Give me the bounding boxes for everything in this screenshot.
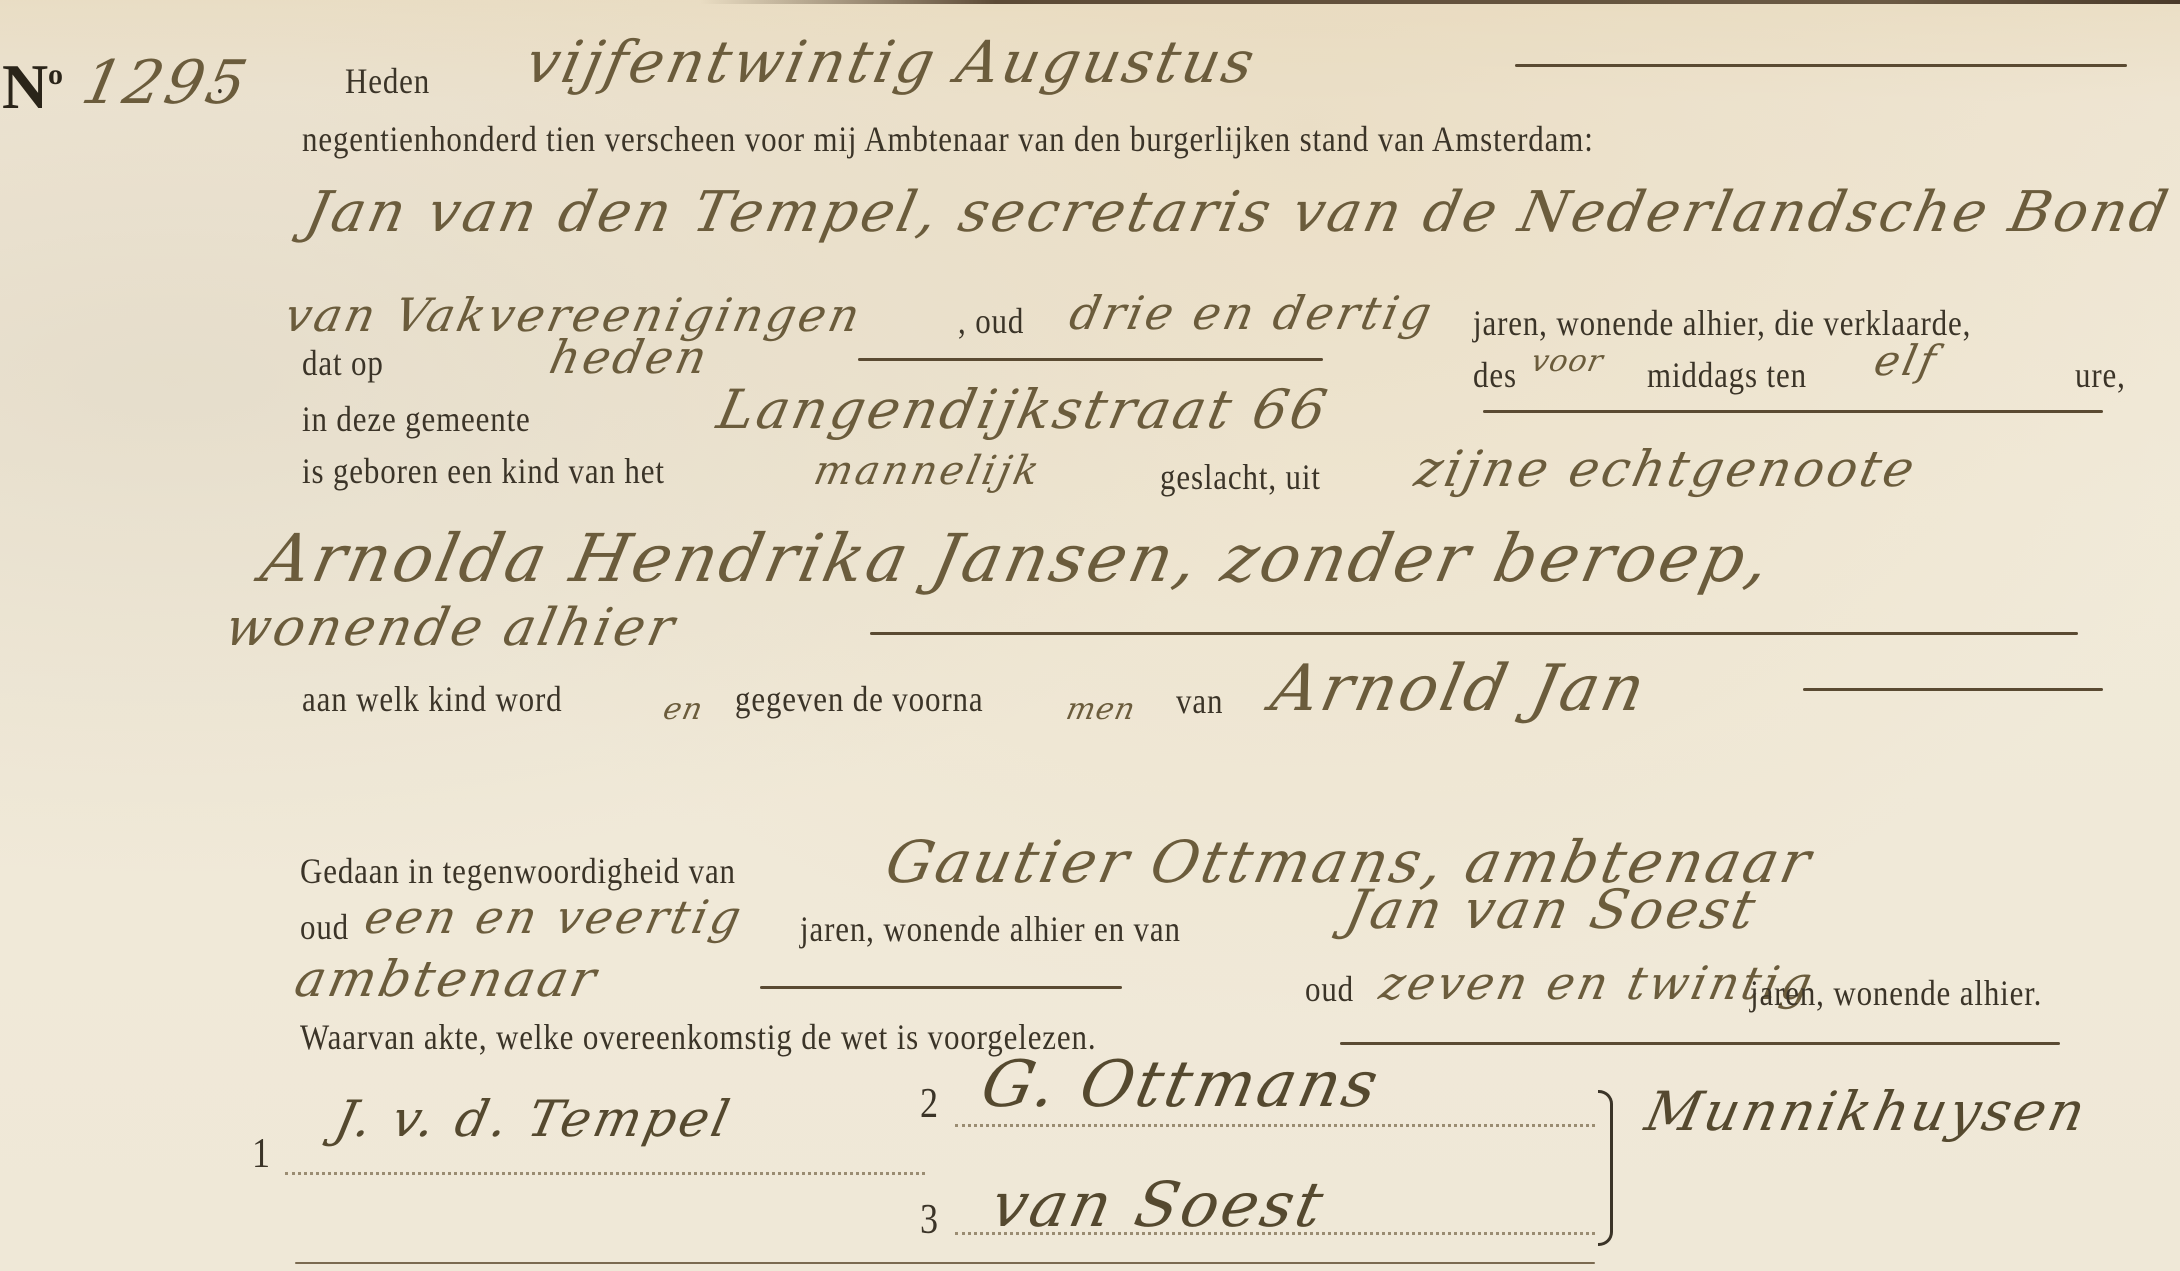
- preamble-text: negentienhonderd tien verscheen voor mij…: [302, 118, 1594, 160]
- middags-label: middags ten: [1647, 354, 1807, 396]
- signature-number-1: 1: [252, 1130, 271, 1178]
- fill-rule: [1803, 688, 2103, 691]
- witness2-name: Jan van Soest: [1340, 878, 1764, 941]
- signature-number-2: 2: [920, 1080, 939, 1128]
- date-handwritten: vijfentwintig Augustus: [520, 28, 1263, 96]
- declarant-age: drie en dertig: [1065, 286, 1439, 340]
- witness-residence: jaren, wonende alhier en van: [800, 908, 1181, 950]
- child-given-names: Arnold Jan: [1265, 652, 1654, 726]
- number-label: N: [2, 50, 49, 124]
- gemeente-label: in deze gemeente: [302, 398, 531, 440]
- signature-brace: [1598, 1090, 1613, 1246]
- fill-rule: [870, 632, 2078, 635]
- birth-day: heden: [545, 330, 715, 384]
- mother-name: Arnolda Hendrika Jansen, zonder beroep,: [255, 520, 1779, 597]
- bottom-rule: [295, 1262, 1595, 1264]
- voor-handwritten: voor: [1528, 344, 1607, 379]
- worden-suffix: en: [660, 692, 707, 727]
- dat-op-label: dat op: [302, 342, 384, 384]
- witness-intro: Gedaan in tegenwoordigheid van: [300, 850, 736, 892]
- signature-witness-1: G. Ottmans: [975, 1048, 1387, 1122]
- birth-hour: elf: [1870, 336, 1943, 385]
- witness2-residence: jaren, wonende alhier.: [1750, 972, 2042, 1014]
- fill-rule: [1483, 410, 2103, 413]
- mother-residence: wonende alhier: [220, 598, 682, 658]
- oud-label-2: oud: [300, 906, 349, 948]
- heden-label: Heden: [345, 60, 430, 102]
- voornamen-text: aan welk kind word: [302, 678, 563, 720]
- gegeven-text: gegeven de voorna: [735, 678, 983, 720]
- ure-label: ure,: [2075, 354, 2126, 396]
- declarant-name: Jan van den Tempel, secretaris van de Ne…: [300, 180, 2176, 245]
- fill-rule: [1340, 1042, 2060, 1045]
- witness1-age: een en veertig: [360, 890, 749, 944]
- signature-registrar: Munnikhuysen: [1640, 1080, 2094, 1143]
- certificate-number: 1295: [76, 48, 256, 118]
- signature-witness-2: van Soest: [985, 1168, 1332, 1241]
- signature-declarant: J. v. d. Tempel: [330, 1090, 737, 1148]
- signature-line-2: [955, 1124, 1595, 1127]
- fill-rule: [760, 986, 1122, 989]
- des-label: des: [1473, 354, 1517, 396]
- number-dot: .: [216, 60, 225, 102]
- page-top-edge: [700, 0, 2180, 4]
- birth-address: Langendijkstraat 66: [712, 378, 1335, 441]
- geslacht-label: geslacht, uit: [1160, 456, 1321, 498]
- witness2-occupation: ambtenaar: [290, 950, 604, 1008]
- closing-text: Waarvan akte, welke overeenkomstig de we…: [300, 1016, 1096, 1058]
- voornamen-suffix: men: [1063, 692, 1139, 727]
- van-label: van: [1176, 680, 1223, 722]
- signature-number-3: 3: [920, 1196, 939, 1244]
- fill-rule: [858, 358, 1323, 361]
- oud-label-3: oud: [1305, 968, 1354, 1010]
- signature-line-1: [285, 1172, 925, 1175]
- geboren-text: is geboren een kind van het: [302, 450, 665, 492]
- oud-label: , oud: [958, 300, 1024, 342]
- number-superscript: o: [48, 58, 64, 92]
- fill-rule: [1515, 64, 2127, 67]
- mother-relation: zijne echtgenoote: [1410, 440, 1922, 498]
- child-sex-handwritten: mannelijk: [810, 448, 1046, 494]
